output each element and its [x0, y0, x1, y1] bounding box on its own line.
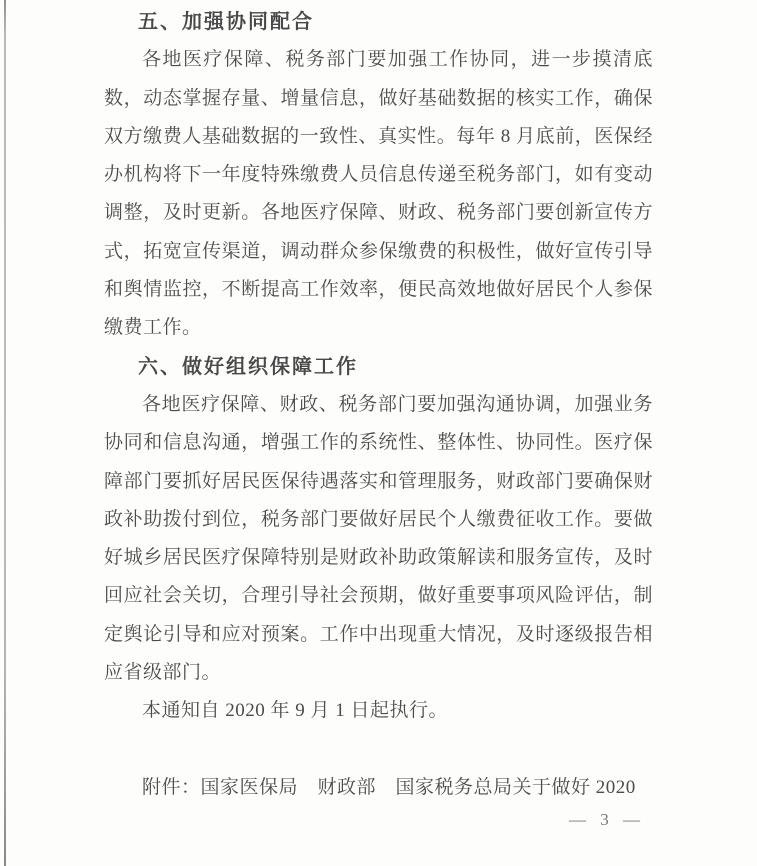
scan-edge-artifact [4, 0, 6, 866]
document-page: 五、加强协同配合 各地医疗保障、税务部门要加强工作协同，进一步摸清底数，动态掌握… [0, 0, 757, 866]
section-5-paragraph: 各地医疗保障、税务部门要加强工作协同，进一步摸清底数，动态掌握存量、增量信息，做… [104, 41, 653, 347]
section-6-paragraph: 各地医疗保障、财政、税务部门要加强沟通协调，加强业务协同和信息沟通，增强工作的系… [104, 386, 653, 692]
section-5-heading: 五、加强协同配合 [104, 3, 653, 41]
effective-date-line: 本通知自 2020 年 9 月 1 日起执行。 [104, 692, 653, 730]
document-content: 五、加强协同配合 各地医疗保障、税务部门要加强工作协同，进一步摸清底数，动态掌握… [104, 3, 653, 839]
section-6-heading: 六、做好组织保障工作 [104, 348, 653, 386]
